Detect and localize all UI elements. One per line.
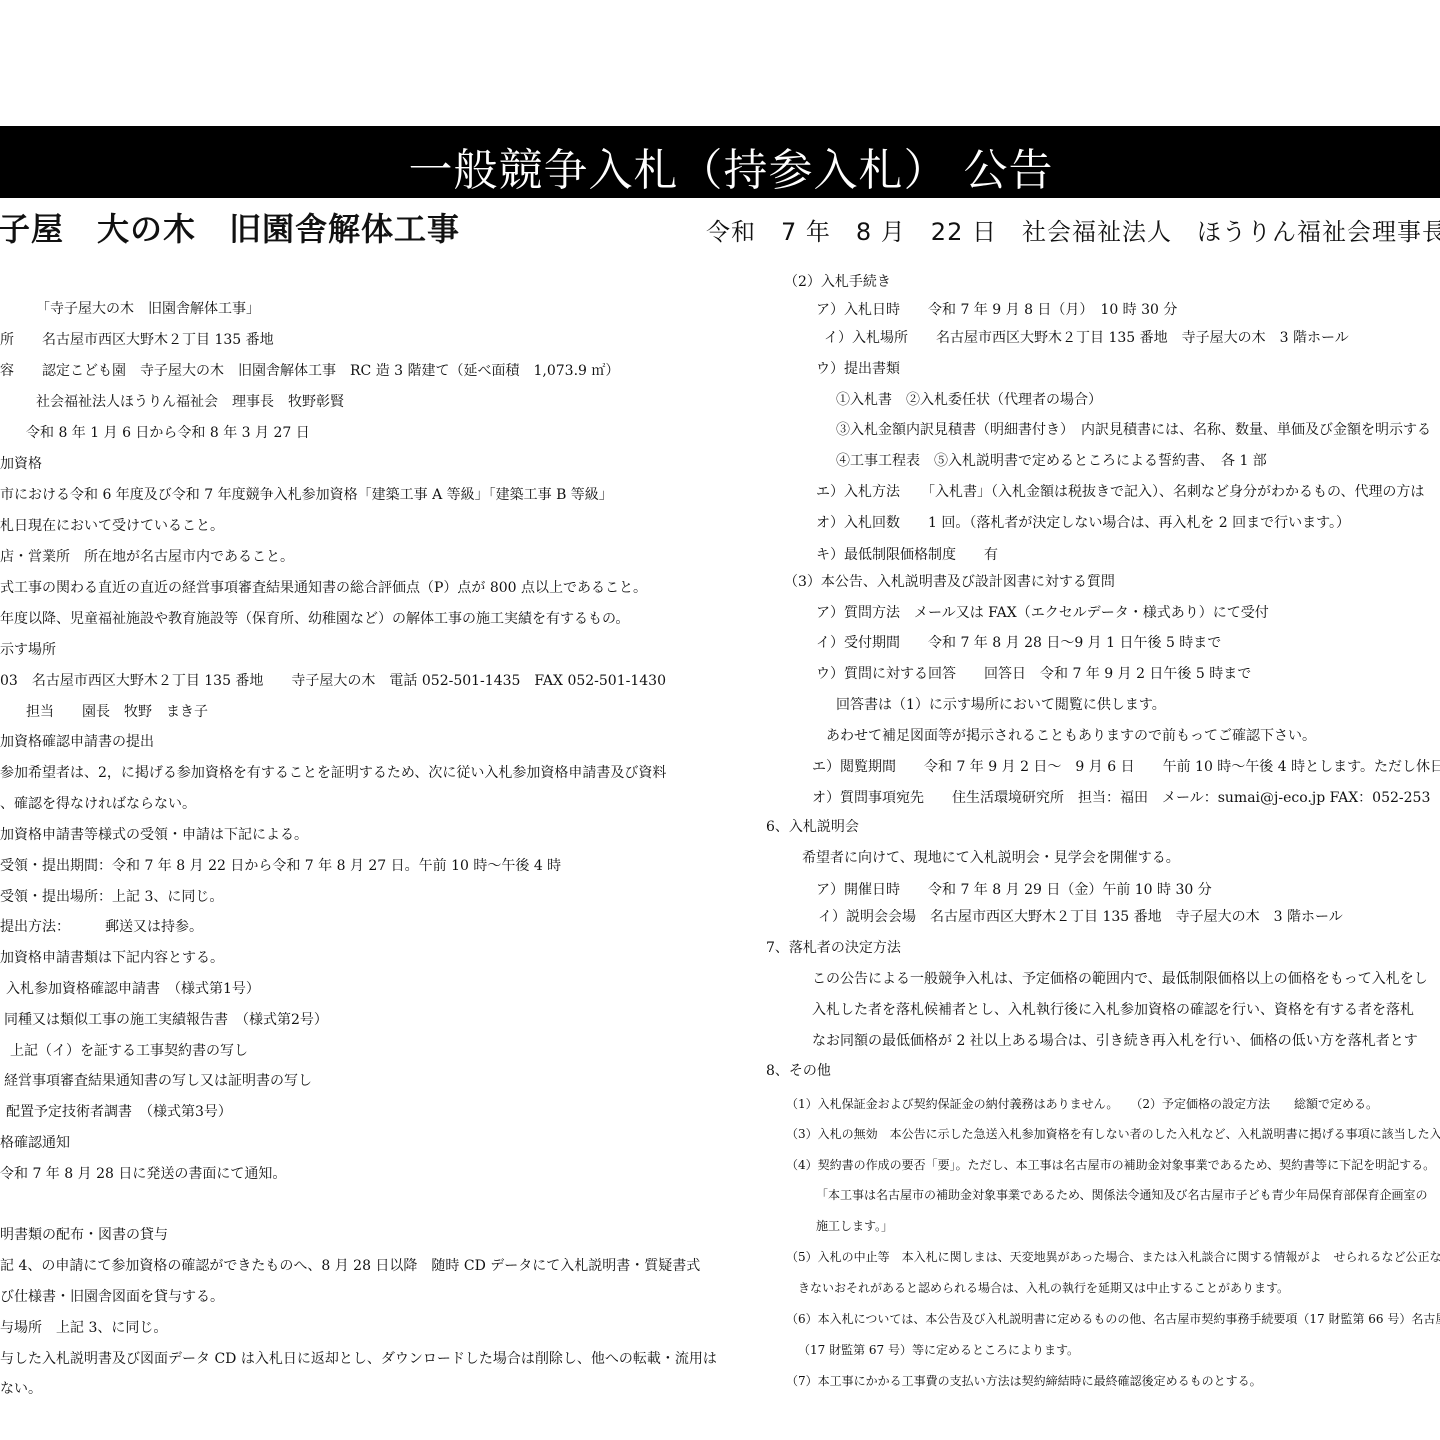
text-line: 加資格申請書等様式の受領・申請は下記による。: [0, 826, 308, 844]
text-line: （1）入札保証金および契約保証金の納付義務はありません。 （2）予定価格の設定方…: [786, 1095, 1378, 1113]
text-line: 与場所 上記 3、に同じ。: [0, 1319, 167, 1337]
text-line: ア）入札日時 令和 7 年 9 月 8 日（月） 10 時 30 分: [816, 301, 1177, 319]
text-line: なお同額の最低価格が 2 社以上ある場合は、引き続き再入札を行い、価格の低い方を…: [812, 1032, 1418, 1050]
text-line: 施工します。」: [816, 1217, 893, 1235]
text-line: （4）契約書の作成の要否「要」。ただし、本工事は名古屋市の補助金対象事業であるた…: [786, 1156, 1435, 1174]
text-line: 記 4、の申請にて参加資格の確認ができたものへ、8 月 28 日以降 随時 CD…: [0, 1257, 700, 1275]
text-line: 7、落札者の決定方法: [766, 939, 901, 957]
text-line: 受領・提出場所：上記 3、に同じ。: [0, 888, 223, 906]
text-line: 加資格確認申請書の提出: [0, 733, 154, 751]
text-line: 、確認を得なければならない。: [0, 795, 196, 813]
text-line: 令和 7 年 8 月 28 日に発送の書面にて通知。: [0, 1165, 286, 1183]
text-line: ウ）提出書類: [816, 360, 900, 378]
text-line: オ）入札回数 1 回。（落札者が決定しない場合は、再入札を 2 回まで行います。…: [816, 514, 1350, 532]
text-line: 希望者に向けて、現地にて入札説明会・見学会を開催する。: [802, 849, 1180, 867]
text-line: （3）本公告、入札説明書及び設計図書に対する質問: [784, 573, 1115, 591]
text-line: （3）入札の無効 本公告に示した急送入札参加資格を有しない者のした入札など、入札…: [786, 1125, 1440, 1143]
text-line: イ）受付期間 令和 7 年 8 月 28 日～9 月 1 日午後 5 時まで: [816, 634, 1221, 652]
text-line: ア）質問方法 メール又は FAX（エクセルデータ・様式あり）にて受付: [816, 604, 1269, 622]
text-line: 与した入札説明書及び図面データ CD は入札日に返却とし、ダウンロードした場合は…: [0, 1350, 717, 1368]
text-line: 明書類の配布・図書の貸与: [0, 1226, 168, 1244]
text-line: 所 名古屋市西区大野木２丁目 135 番地: [0, 331, 274, 349]
title-banner: 一般競争入札（持参入札） 公告: [0, 126, 1440, 198]
text-line: 店・営業所 所在地が名古屋市内であること。: [0, 548, 294, 566]
text-line: イ）説明会会場 名古屋市西区大野木２丁目 135 番地 寺子屋大の木 3 階ホー…: [818, 908, 1343, 926]
text-line: 式工事の関わる直近の直近の経営事項審査結果通知書の総合評価点（P）点が 800 …: [0, 579, 647, 597]
text-line: キ）最低制限価格制度 有: [816, 546, 998, 564]
text-line: 加資格申請書類は下記内容とする。: [0, 949, 224, 967]
text-line: 札日現在において受けていること。: [0, 517, 224, 535]
text-line: 6、入札説明会: [766, 818, 859, 836]
text-line: 入札した者を落札候補者とし、入札執行後に入札参加資格の確認を行い、資格を有する者…: [812, 1001, 1414, 1019]
text-line: きないおそれがあると認められる場合は、入札の執行を延期又は中止することがあります…: [798, 1279, 1289, 1297]
text-line: （6）本入札については、本公告及び入札説明書に定めるものの他、名古屋市契約事務手…: [786, 1310, 1440, 1328]
text-line: ウ）質問に対する回答 回答日 令和 7 年 9 月 2 日午後 5 時まで: [816, 665, 1251, 683]
text-line: 経営事項審査結果通知書の写し又は証明書の写し: [4, 1072, 312, 1090]
text-line: 入札参加資格確認申請書 （様式第1号）: [6, 980, 260, 998]
text-line: （2）入札手続き: [784, 273, 891, 291]
text-line: （17 財監第 67 号）等に定めるところによります。: [798, 1341, 1079, 1359]
text-line: （7）本工事にかかる工事費の支払い方法は契約締結時に最終確認後定めるものとする。: [786, 1372, 1262, 1390]
text-line: 同種又は類似工事の施工実績報告書 （様式第2号）: [4, 1011, 328, 1029]
text-line: ③入札金額内訳見積書（明細書付き） 内訳見積書には、名称、数量、単価及び金額を明…: [836, 421, 1431, 439]
date-issuer: 令和 7 年 8 月 22 日 社会福祉法人 ほうりん福祉会理事長 牧: [706, 212, 1440, 247]
text-line: 社会福祉法人ほうりん福祉会 理事長 牧野彰賢: [36, 393, 344, 411]
text-line: ア）開催日時 令和 7 年 8 月 29 日（金）午前 10 時 30 分: [816, 881, 1212, 899]
text-line: エ）閲覧期間 令和 7 年 9 月 2 日～ 9 月 6 日 午前 10 時～午…: [812, 758, 1440, 776]
text-line: ない。: [0, 1380, 42, 1398]
text-line: 担当 園長 牧野 まき子: [26, 703, 208, 721]
text-line: 参加希望者は、2，に掲げる参加資格を有することを証明するため、次に従い入札参加資…: [0, 764, 666, 782]
text-line: 「本工事は名古屋市の補助金対象事業であるため、関係法令通知及び名古屋市子ども青少…: [816, 1186, 1428, 1204]
text-line: イ）入札場所 名古屋市西区大野木２丁目 135 番地 寺子屋大の木 3 階ホール: [824, 329, 1349, 347]
text-line: エ）入札方法 「入札書」（入札金額は税抜きで記入）、名刺など身分がわかるもの、代…: [816, 483, 1424, 501]
text-line: ①入札書 ②入札委任状（代理者の場合）: [836, 391, 1102, 409]
text-line: 提出方法： 郵送又は持参。: [0, 918, 203, 936]
text-line: （5）入札の中止等 本入札に関しまは、天変地異があった場合、または入札談合に関す…: [786, 1248, 1440, 1266]
text-line: ④工事工程表 ⑤入札説明書で定めるところによる誓約書、 各 1 部: [836, 452, 1267, 470]
text-line: 上記（イ）を証する工事契約書の写し: [10, 1042, 248, 1060]
text-line: 加資格: [0, 455, 42, 473]
text-line: び仕様書・旧園舎図面を貸与する。: [0, 1288, 224, 1306]
text-line: 示す場所: [0, 641, 56, 659]
text-line: 回答書は（1）に示す場所において閲覧に供します。: [836, 696, 1166, 714]
page-title: 一般競争入札（持参入札） 公告: [0, 134, 1440, 198]
text-line: この公告による一般競争入札は、予定価格の範囲内で、最低制限価格以上の価格をもって…: [812, 970, 1428, 988]
text-line: 配置予定技術者調書 （様式第3号）: [6, 1103, 232, 1121]
text-line: 容 認定こども園 寺子屋大の木 旧園舎解体工事 RC 造 3 階建て（延べ面積 …: [0, 362, 619, 380]
text-line: 受領・提出期間：令和 7 年 8 月 22 日から令和 7 年 8 月 27 日…: [0, 857, 561, 875]
text-line: 年度以降、児童福祉施設や教育施設等（保育所、幼稚園など）の解体工事の施工実績を有…: [0, 610, 629, 628]
text-line: 市における令和 6 年度及び令和 7 年度競争入札参加資格「建築工事 A 等級」…: [0, 486, 613, 504]
text-line: オ）質問事項宛先 住生活環境研究所 担当：福田 メール：sumai@j-eco.…: [812, 789, 1430, 807]
text-line: 格確認通知: [0, 1134, 70, 1152]
text-line: あわせて補足図面等が掲示されることもありますので前もってご確認下さい。: [826, 727, 1316, 745]
text-line: 令和 8 年 1 月 6 日から令和 8 年 3 月 27 日: [26, 424, 310, 442]
text-line: 「寺子屋大の木 旧園舎解体工事」: [36, 300, 260, 318]
project-name: 子屋 大の木 旧園舎解体工事: [0, 204, 460, 250]
text-line: 03 名古屋市西区大野木２丁目 135 番地 寺子屋大の木 電話 052-501…: [0, 672, 666, 690]
text-line: 8、その他: [766, 1062, 831, 1080]
